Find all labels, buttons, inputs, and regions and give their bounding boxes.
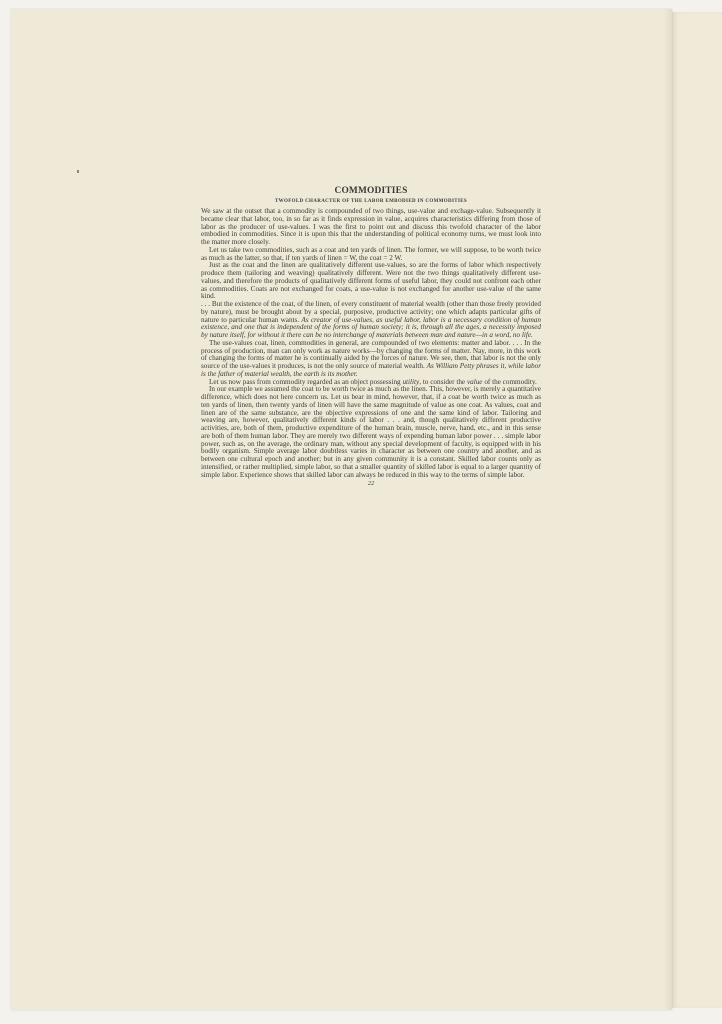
paragraph-1: We saw at the outset that a commodity is… — [201, 208, 541, 247]
paragraph-text: Let us take two commodities, such as a c… — [201, 246, 541, 262]
paragraph-5: The use-values coat, linen, commodities … — [201, 340, 541, 379]
page-title: COMMODITIES — [201, 186, 541, 197]
text-block: COMMODITIES TWOFOLD CHARACTER OF THE LAB… — [201, 186, 541, 488]
paragraph-2: Let us take two commodities, such as a c… — [201, 247, 541, 263]
gutter-shadow — [664, 9, 672, 1010]
paragraph-text: Just as the coat and the linen are quali… — [201, 261, 541, 300]
paragraph-3: Just as the coat and the linen are quali… — [201, 262, 541, 301]
section-subtitle: TWOFOLD CHARACTER OF THE LABOR EMBODIED … — [201, 198, 541, 205]
page-number: 22 — [201, 480, 541, 488]
paper-speck — [77, 170, 79, 173]
paragraph-text: We saw at the outset that a commodity is… — [201, 207, 541, 246]
adjacent-page-edge — [672, 12, 722, 1008]
paragraph-4: . . . But the existence of the coat, of … — [201, 301, 541, 340]
document-page — [11, 9, 672, 1010]
paragraph-text: In our example we assumed the coat to be… — [201, 385, 541, 478]
paragraph-7: In our example we assumed the coat to be… — [201, 386, 541, 479]
